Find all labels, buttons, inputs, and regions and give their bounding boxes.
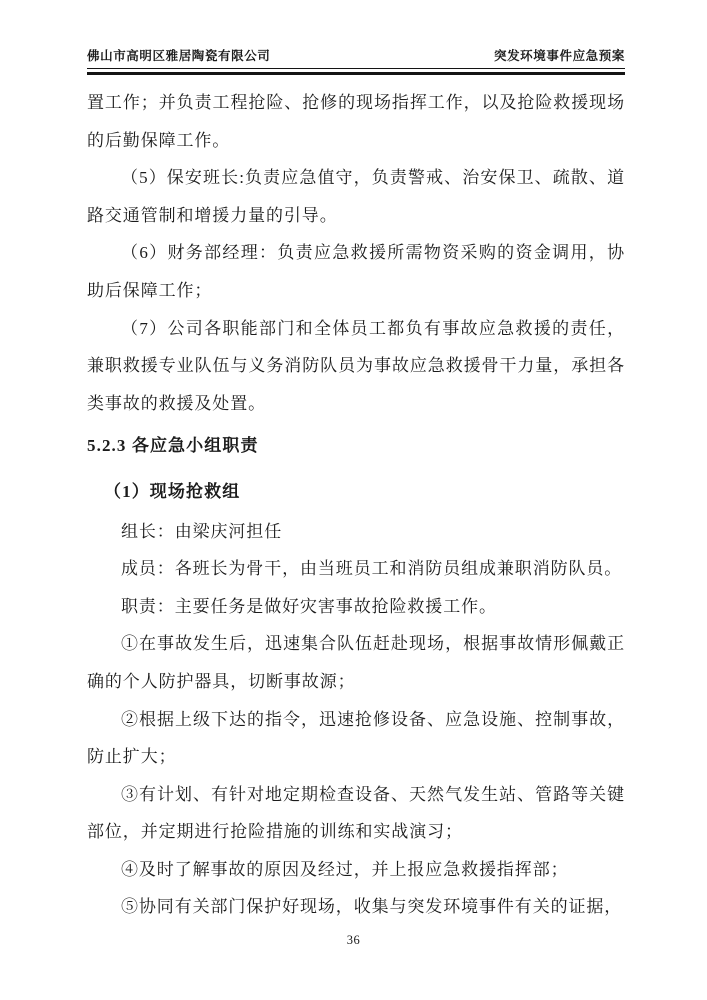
header-document-title: 突发环境事件应急预案 xyxy=(494,46,625,64)
paragraph: ⑤协同有关部门保护好现场，收集与突发环境事件有关的证据， xyxy=(87,888,625,926)
paragraph: （7）公司各职能部门和全体员工都负有事故应急救援的责任，兼职救援专业队伍与义务消… xyxy=(87,310,625,423)
header-rule xyxy=(87,72,625,76)
page-number: 36 xyxy=(347,933,361,947)
paragraph: （6）财务部经理：负责应急救援所需物资采购的资金调用，协助后保障工作； xyxy=(87,234,625,309)
paragraph: （5）保安班长:负责应急值守，负责警戒、治安保卫、疏散、道路交通管制和增援力量的… xyxy=(87,159,625,234)
paragraph: 置工作；并负责工程抢险、抢修的现场指挥工作，以及抢险救援现场的后勤保障工作。 xyxy=(87,84,625,159)
header-company-name: 佛山市高明区雅居陶瓷有限公司 xyxy=(87,46,270,64)
paragraph: 组长：由梁庆河担任 xyxy=(87,513,625,551)
section-heading: （1）现场抢救组 xyxy=(87,473,625,511)
paragraph: ③有计划、有针对地定期检查设备、天然气发生站、管路等关键部位，并定期进行抢险措施… xyxy=(87,776,625,851)
document-body: 置工作；并负责工程抢险、抢修的现场指挥工作，以及抢险救援现场的后勤保障工作。（5… xyxy=(87,84,625,926)
document-page: 佛山市高明区雅居陶瓷有限公司 突发环境事件应急预案 置工作；并负责工程抢险、抢修… xyxy=(0,0,707,1000)
paragraph: 职责：主要任务是做好灾害事故抢险救援工作。 xyxy=(87,588,625,626)
paragraph: ④及时了解事故的原因及经过，并上报应急救援指挥部； xyxy=(87,851,625,889)
paragraph: ②根据上级下达的指令，迅速抢修设备、应急设施、控制事故，防止扩大； xyxy=(87,701,625,776)
page-header-row: 佛山市高明区雅居陶瓷有限公司 突发环境事件应急预案 xyxy=(87,46,625,69)
paragraph: 成员：各班长为骨干，由当班员工和消防员组成兼职消防队员。 xyxy=(87,550,625,588)
page-footer: 36 xyxy=(0,933,707,948)
section-heading: 5.2.3 各应急小组职责 xyxy=(87,427,625,465)
paragraph: ①在事故发生后，迅速集合队伍赶赴现场，根据事故情形佩戴正确的个人防护器具，切断事… xyxy=(87,625,625,700)
page-header: 佛山市高明区雅居陶瓷有限公司 突发环境事件应急预案 xyxy=(87,46,625,75)
